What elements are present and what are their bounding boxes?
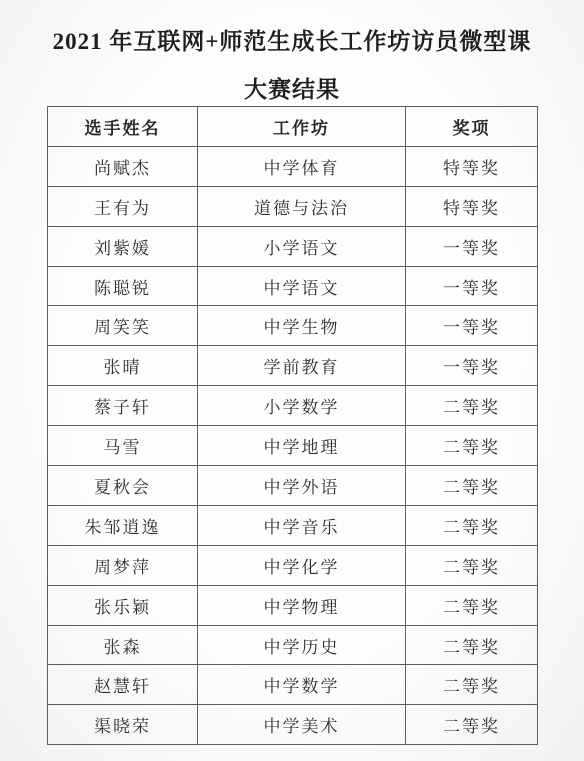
table-row: 朱邹逍逸中学音乐二等奖 [48,505,538,545]
cell-award: 二等奖 [406,625,538,665]
cell-award: 特等奖 [406,186,538,226]
cell-contestant-name: 赵慧轩 [48,665,198,705]
cell-contestant-name: 马雪 [48,426,198,466]
cell-award: 二等奖 [406,505,538,545]
cell-contestant-name: 周梦萍 [48,545,198,585]
table-row: 蔡子轩小学数学二等奖 [48,386,538,426]
page-title: 2021 年互联网+师范生成长工作坊访员微型课 大赛结果 [0,0,584,103]
cell-contestant-name: 陈聪锐 [48,266,198,306]
cell-award: 一等奖 [406,266,538,306]
cell-award: 二等奖 [406,705,538,745]
cell-contestant-name: 张森 [48,625,198,665]
header-workshop: 工作坊 [198,107,406,147]
table-row: 张乐颖中学物理二等奖 [48,585,538,625]
cell-award: 二等奖 [406,426,538,466]
cell-workshop: 学前教育 [198,346,406,386]
cell-workshop: 中学语文 [198,266,406,306]
table-row: 刘紫媛小学语文一等奖 [48,226,538,266]
cell-contestant-name: 周笑笑 [48,306,198,346]
results-table: 选手姓名 工作坊 奖项 尚赋杰中学体育特等奖王有为道德与法治特等奖刘紫媛小学语文… [47,106,538,745]
cell-contestant-name: 尚赋杰 [48,146,198,186]
cell-award: 二等奖 [406,386,538,426]
cell-award: 一等奖 [406,346,538,386]
table-row: 渠晓荣中学美术二等奖 [48,705,538,745]
table-header-row: 选手姓名 工作坊 奖项 [48,107,538,147]
cell-award: 二等奖 [406,545,538,585]
cell-contestant-name: 夏秋会 [48,466,198,506]
cell-workshop: 小学数学 [198,386,406,426]
cell-workshop: 中学音乐 [198,505,406,545]
cell-contestant-name: 渠晓荣 [48,705,198,745]
cell-award: 一等奖 [406,306,538,346]
cell-workshop: 中学美术 [198,705,406,745]
cell-contestant-name: 刘紫媛 [48,226,198,266]
cell-award: 二等奖 [406,585,538,625]
cell-workshop: 中学物理 [198,585,406,625]
cell-workshop: 小学语文 [198,226,406,266]
cell-award: 二等奖 [406,466,538,506]
header-contestant-name: 选手姓名 [48,107,198,147]
cell-workshop: 中学地理 [198,426,406,466]
cell-workshop: 中学外语 [198,466,406,506]
title-line-1: 2021 年互联网+师范生成长工作坊访员微型课 [0,29,584,55]
cell-workshop: 中学体育 [198,146,406,186]
cell-workshop: 中学数学 [198,665,406,705]
table-row: 夏秋会中学外语二等奖 [48,466,538,506]
table-row: 张晴学前教育一等奖 [48,346,538,386]
table-row: 周梦萍中学化学二等奖 [48,545,538,585]
table-row: 陈聪锐中学语文一等奖 [48,266,538,306]
table-row: 马雪中学地理二等奖 [48,426,538,466]
cell-workshop: 中学生物 [198,306,406,346]
table-body: 尚赋杰中学体育特等奖王有为道德与法治特等奖刘紫媛小学语文一等奖陈聪锐中学语文一等… [48,146,538,744]
cell-workshop: 中学化学 [198,545,406,585]
table-row: 赵慧轩中学数学二等奖 [48,665,538,705]
cell-award: 二等奖 [406,665,538,705]
cell-contestant-name: 朱邹逍逸 [48,505,198,545]
cell-contestant-name: 张晴 [48,346,198,386]
cell-award: 特等奖 [406,146,538,186]
cell-contestant-name: 张乐颖 [48,585,198,625]
table-row: 张森中学历史二等奖 [48,625,538,665]
title-line-2: 大赛结果 [0,77,584,103]
document-page: 2021 年互联网+师范生成长工作坊访员微型课 大赛结果 选手姓名 工作坊 奖项… [0,0,584,761]
table-row: 王有为道德与法治特等奖 [48,186,538,226]
cell-contestant-name: 王有为 [48,186,198,226]
cell-award: 一等奖 [406,226,538,266]
table-row: 尚赋杰中学体育特等奖 [48,146,538,186]
cell-contestant-name: 蔡子轩 [48,386,198,426]
cell-workshop: 中学历史 [198,625,406,665]
table-row: 周笑笑中学生物一等奖 [48,306,538,346]
header-award: 奖项 [406,107,538,147]
cell-workshop: 道德与法治 [198,186,406,226]
